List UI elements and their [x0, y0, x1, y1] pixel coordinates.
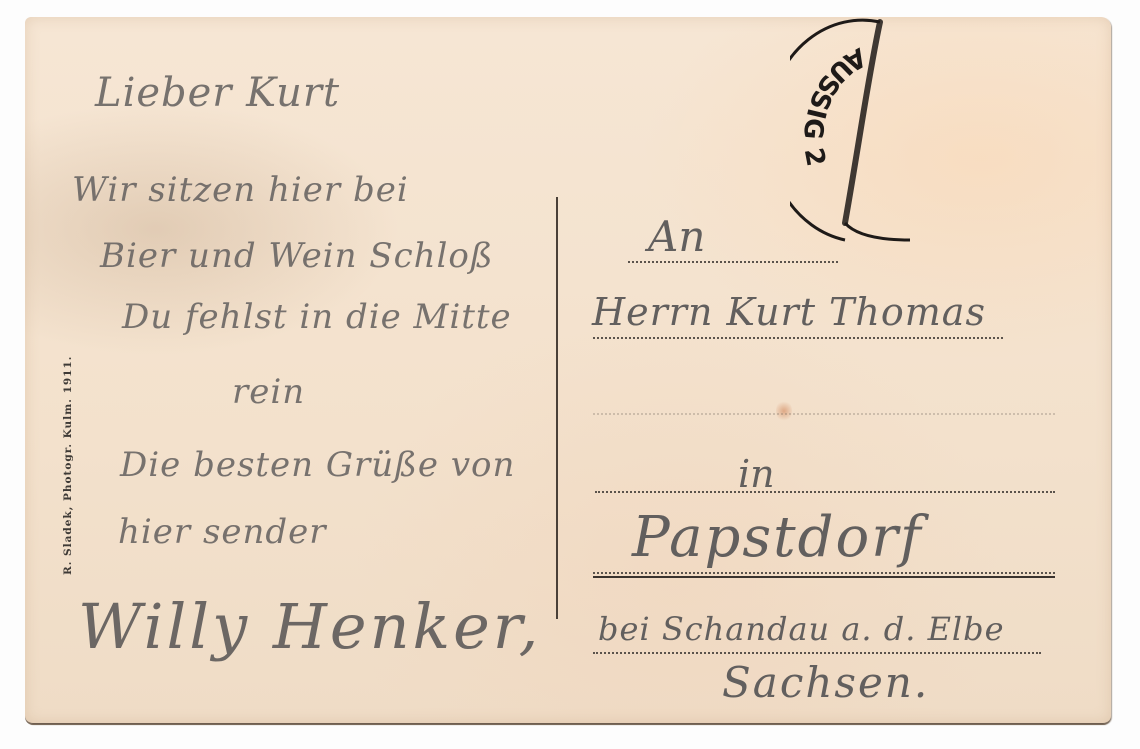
address-line [593, 337, 1003, 339]
printer-imprint: R. Sladek, Photogr. Kulm. 1911. [62, 356, 74, 575]
message-line: Die besten Grüße von [120, 445, 515, 485]
postmark-icon: AUSSIG 2 [790, 18, 920, 248]
address-near: bei Schandau a. d. Elbe [598, 610, 1005, 648]
address-town: Papstdorf [632, 505, 923, 570]
address-region: Sachsen. [722, 658, 929, 707]
address-line [593, 572, 1055, 574]
message-greeting: Lieber Kurt [95, 70, 340, 116]
address-salutation: An [648, 212, 705, 261]
message-line: rein [232, 372, 305, 412]
address-line [628, 261, 838, 263]
message-address-divider [556, 197, 558, 619]
address-recipient: Herrn Kurt Thomas [592, 290, 986, 334]
signature: Willy Henker, [78, 590, 541, 663]
address-line [595, 491, 1055, 493]
message-line: Wir sitzen hier bei [72, 170, 409, 210]
message-line: hier sender [118, 512, 327, 552]
address-line-underline [593, 576, 1055, 578]
message-line: Du fehlst in die Mitte [122, 297, 512, 337]
address-preposition: in [738, 452, 775, 496]
address-line [593, 413, 1055, 415]
message-line: Bier und Wein Schloß [100, 236, 494, 276]
stain-spot [776, 400, 792, 422]
address-line [593, 652, 1041, 654]
